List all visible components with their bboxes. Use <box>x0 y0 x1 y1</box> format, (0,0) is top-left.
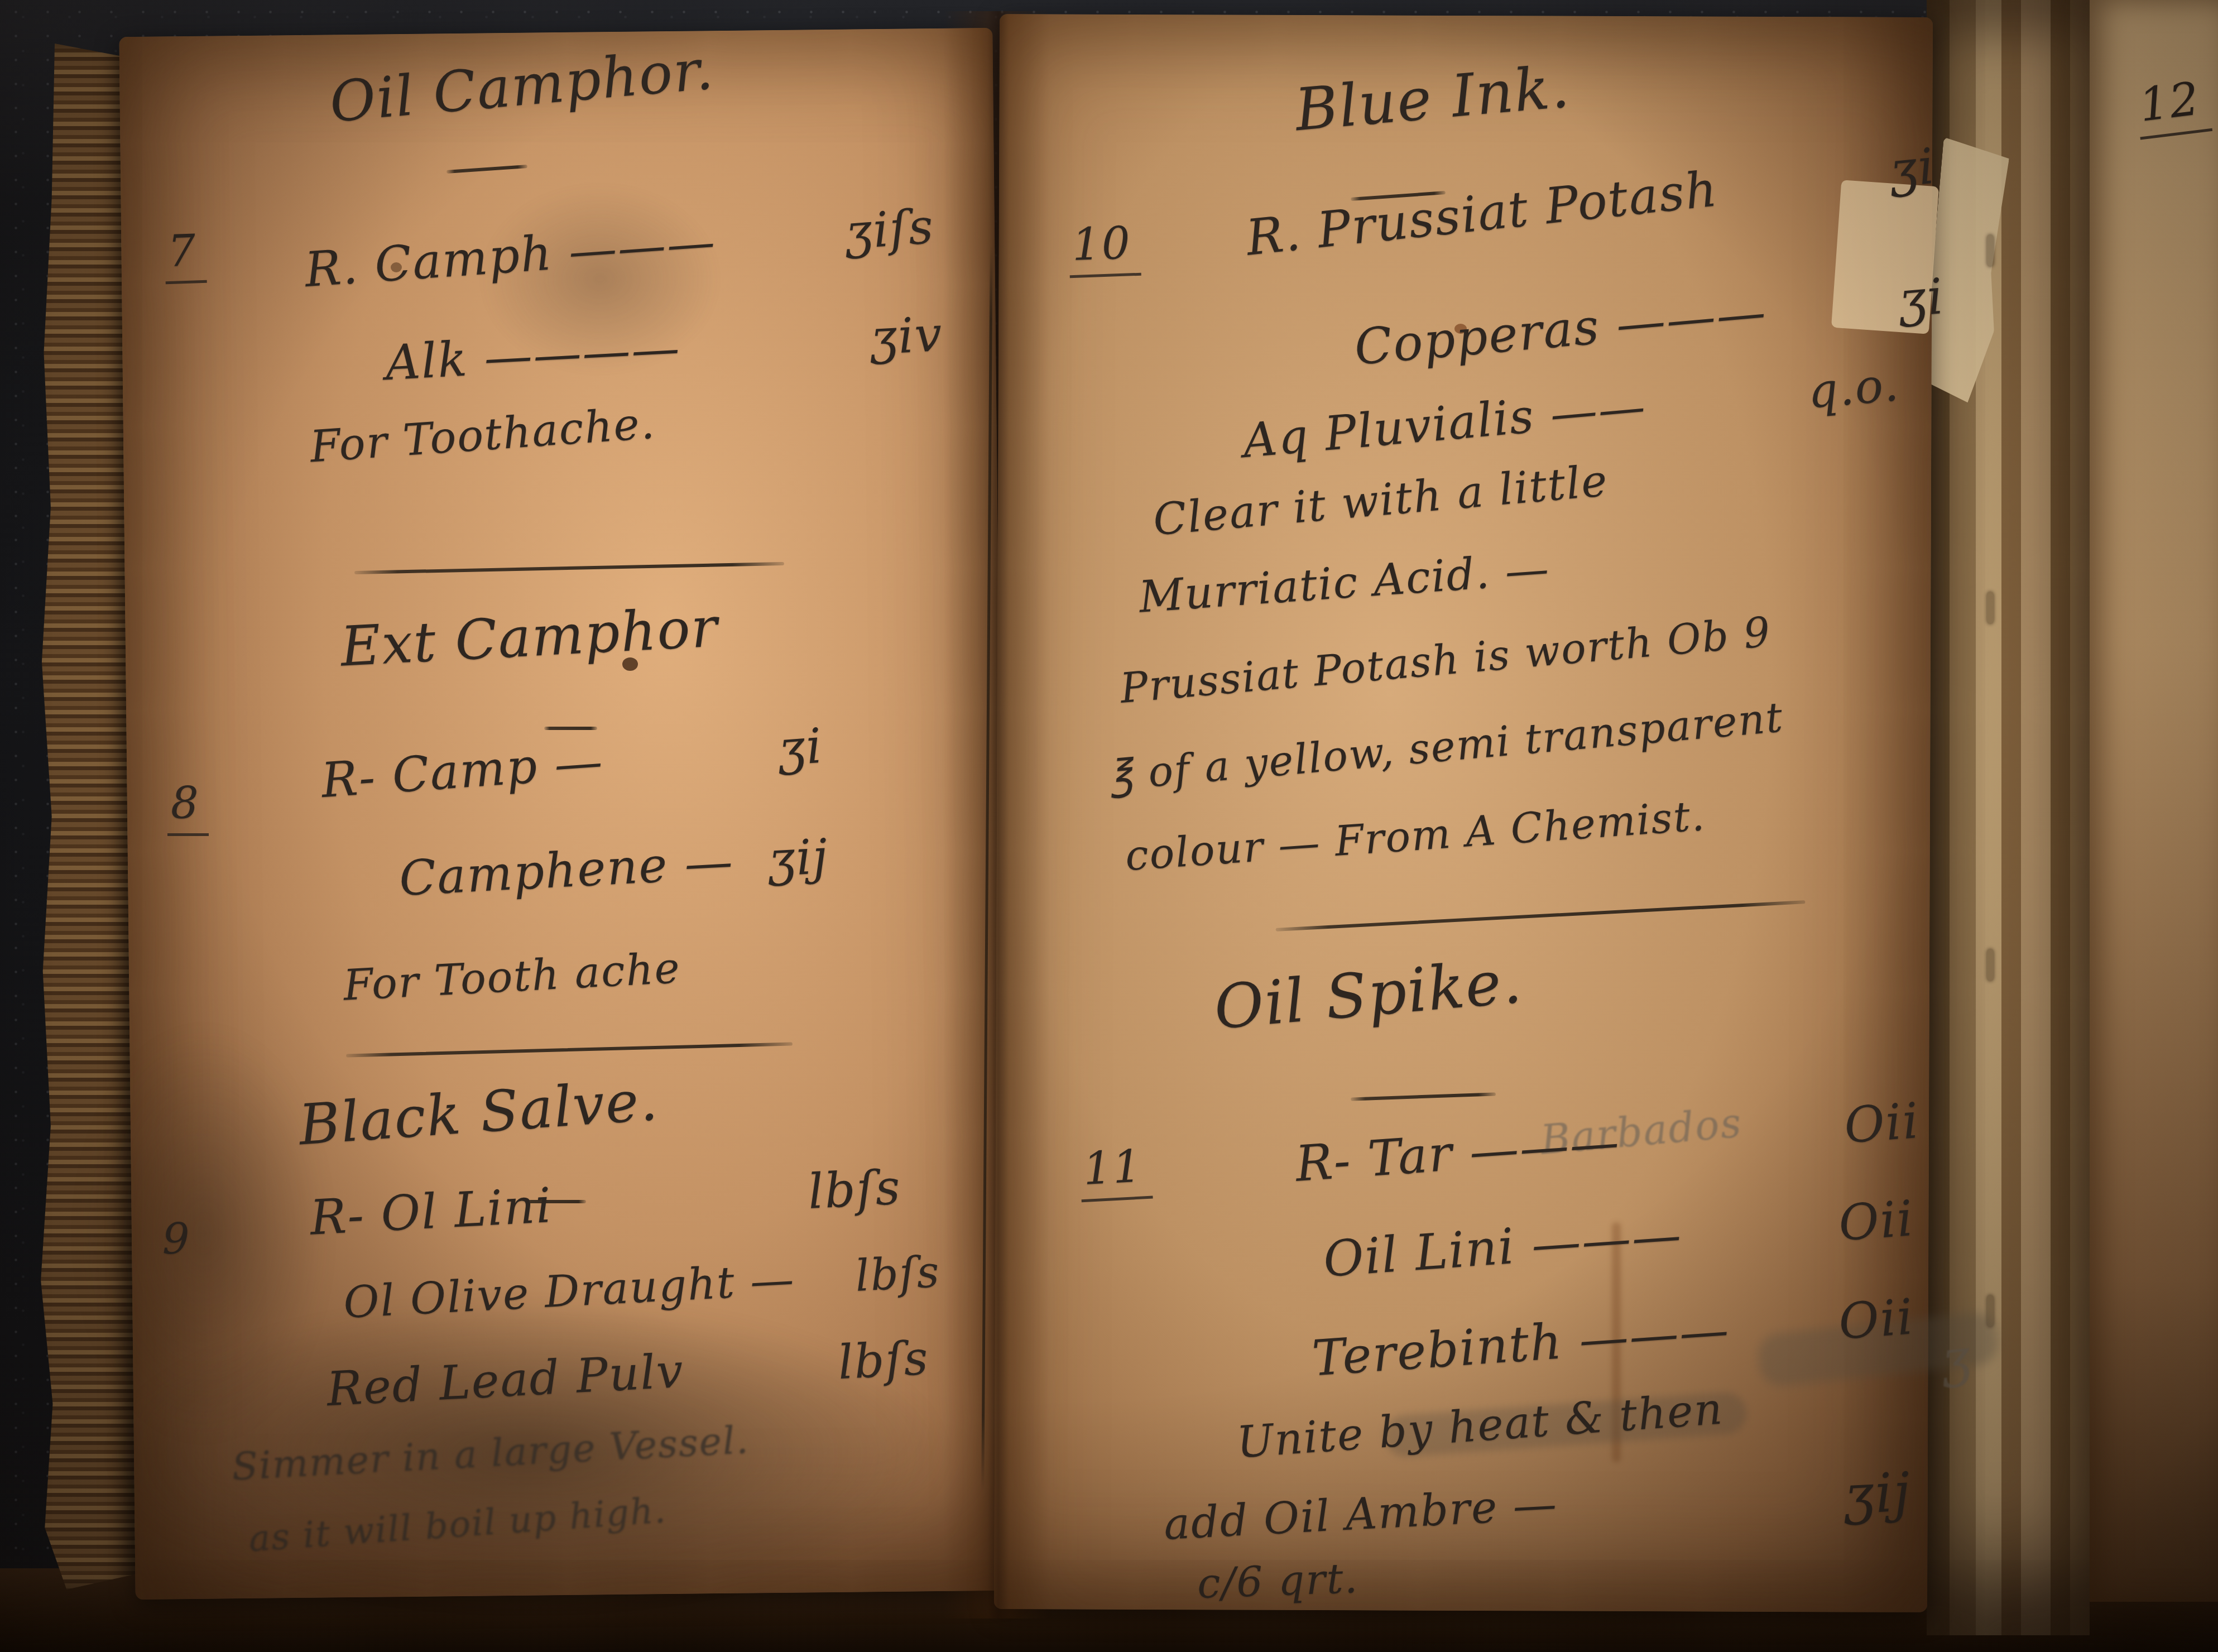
ingredient-quantity: ʒij <box>1842 1461 1913 1526</box>
ingredient-quantity: ʒi <box>776 718 825 777</box>
ingredient-quantity: ʒij <box>766 829 830 888</box>
ingredient-quantity: ʒi <box>1886 137 1938 199</box>
center-fold-shadow <box>943 11 1049 1619</box>
spine-stitch <box>1987 1295 1994 1327</box>
instruction-line: c/6 qrt. <box>1197 1554 1360 1608</box>
ingredient-quantity: lbſs <box>837 1331 930 1390</box>
next-page-number: 12 <box>2133 71 2213 140</box>
ingredient-quantity: Oii <box>1842 1092 1921 1154</box>
entry-number-9: 9 <box>159 1214 199 1268</box>
ingredient-quantity: ʒiſs <box>843 199 937 261</box>
spine-stitch <box>1987 949 1994 981</box>
photo-of-open-recipe-book: Oil Camphor. 7 R. Camph ——— ʒiſs Alk ———… <box>0 0 2218 1652</box>
entry-number-8: 8 <box>167 779 209 836</box>
ingredient-quantity: ʒiv <box>868 306 944 366</box>
entry-number-11: 11 <box>1078 1140 1153 1203</box>
entry-number-10: 10 <box>1068 217 1141 278</box>
ingredient-quantity: Oii <box>1837 1189 1915 1252</box>
entry-number-7: 7 <box>164 225 207 285</box>
ingredient-quantity: lbſs <box>806 1159 902 1220</box>
ingredient-quantity: lbſs <box>854 1247 941 1302</box>
ingredient-quantity: Oii <box>1837 1288 1915 1350</box>
title-underline <box>544 727 597 730</box>
pencil-margin-mark: ʒ <box>1938 1327 1975 1389</box>
ingredient-quantity: q.o. <box>1806 357 1902 419</box>
spine-stitch <box>1987 592 1994 624</box>
spine-stitch <box>1987 234 1994 267</box>
ingredient-quantity: ʒi <box>1896 267 1946 329</box>
next-page-edge <box>2087 0 2218 1602</box>
